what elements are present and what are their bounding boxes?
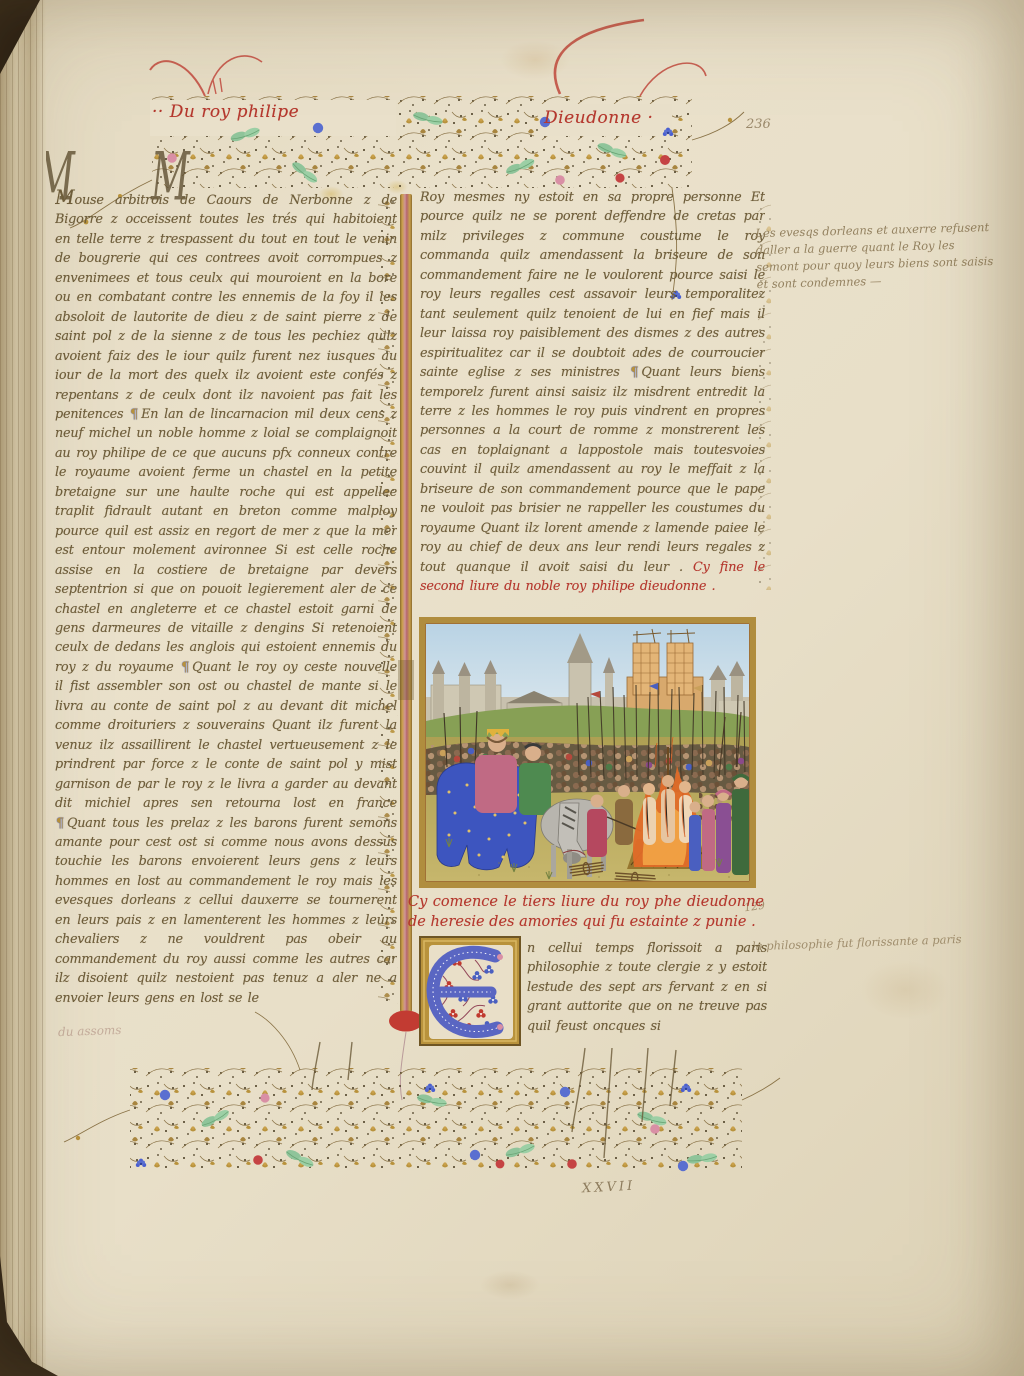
incipit-text: n cellui temps florissoit a paris philos…: [527, 939, 767, 1049]
quire-mark: XXVII: [582, 1179, 636, 1197]
red-pen-flourishes: [150, 20, 706, 96]
header-rubric-left: ·· Du roy philipe: [152, 102, 402, 122]
header-rubric-right: Dieudonne ·: [544, 108, 684, 128]
attendant-green: [519, 763, 551, 815]
book-gutter-edge: [0, 0, 46, 1376]
miniature-burning-scene: [419, 617, 756, 888]
margin-note-faded: du assoms: [58, 1023, 122, 1039]
illuminated-initial-e: [419, 936, 521, 1046]
incipit-rubric: Cy comence le tiers liure du roy phe die…: [408, 892, 764, 932]
right-text-column: Roy mesmes ny estoit en sa propre person…: [420, 188, 765, 618]
margin-note-bishops: Les evesqs dorleans et auxerre refusent …: [755, 219, 997, 293]
manuscript-page: ·· Du roy philipe Dieudonne · 236 M M Mo…: [0, 0, 1024, 1376]
left-text-column: Mouse arbitrois de Caours de Nerbonne z …: [55, 188, 397, 1044]
right-column-body: Roy mesmes ny estoit en sa propre person…: [420, 190, 765, 575]
king-robe: [475, 755, 517, 813]
folio-number: 236: [746, 117, 771, 132]
